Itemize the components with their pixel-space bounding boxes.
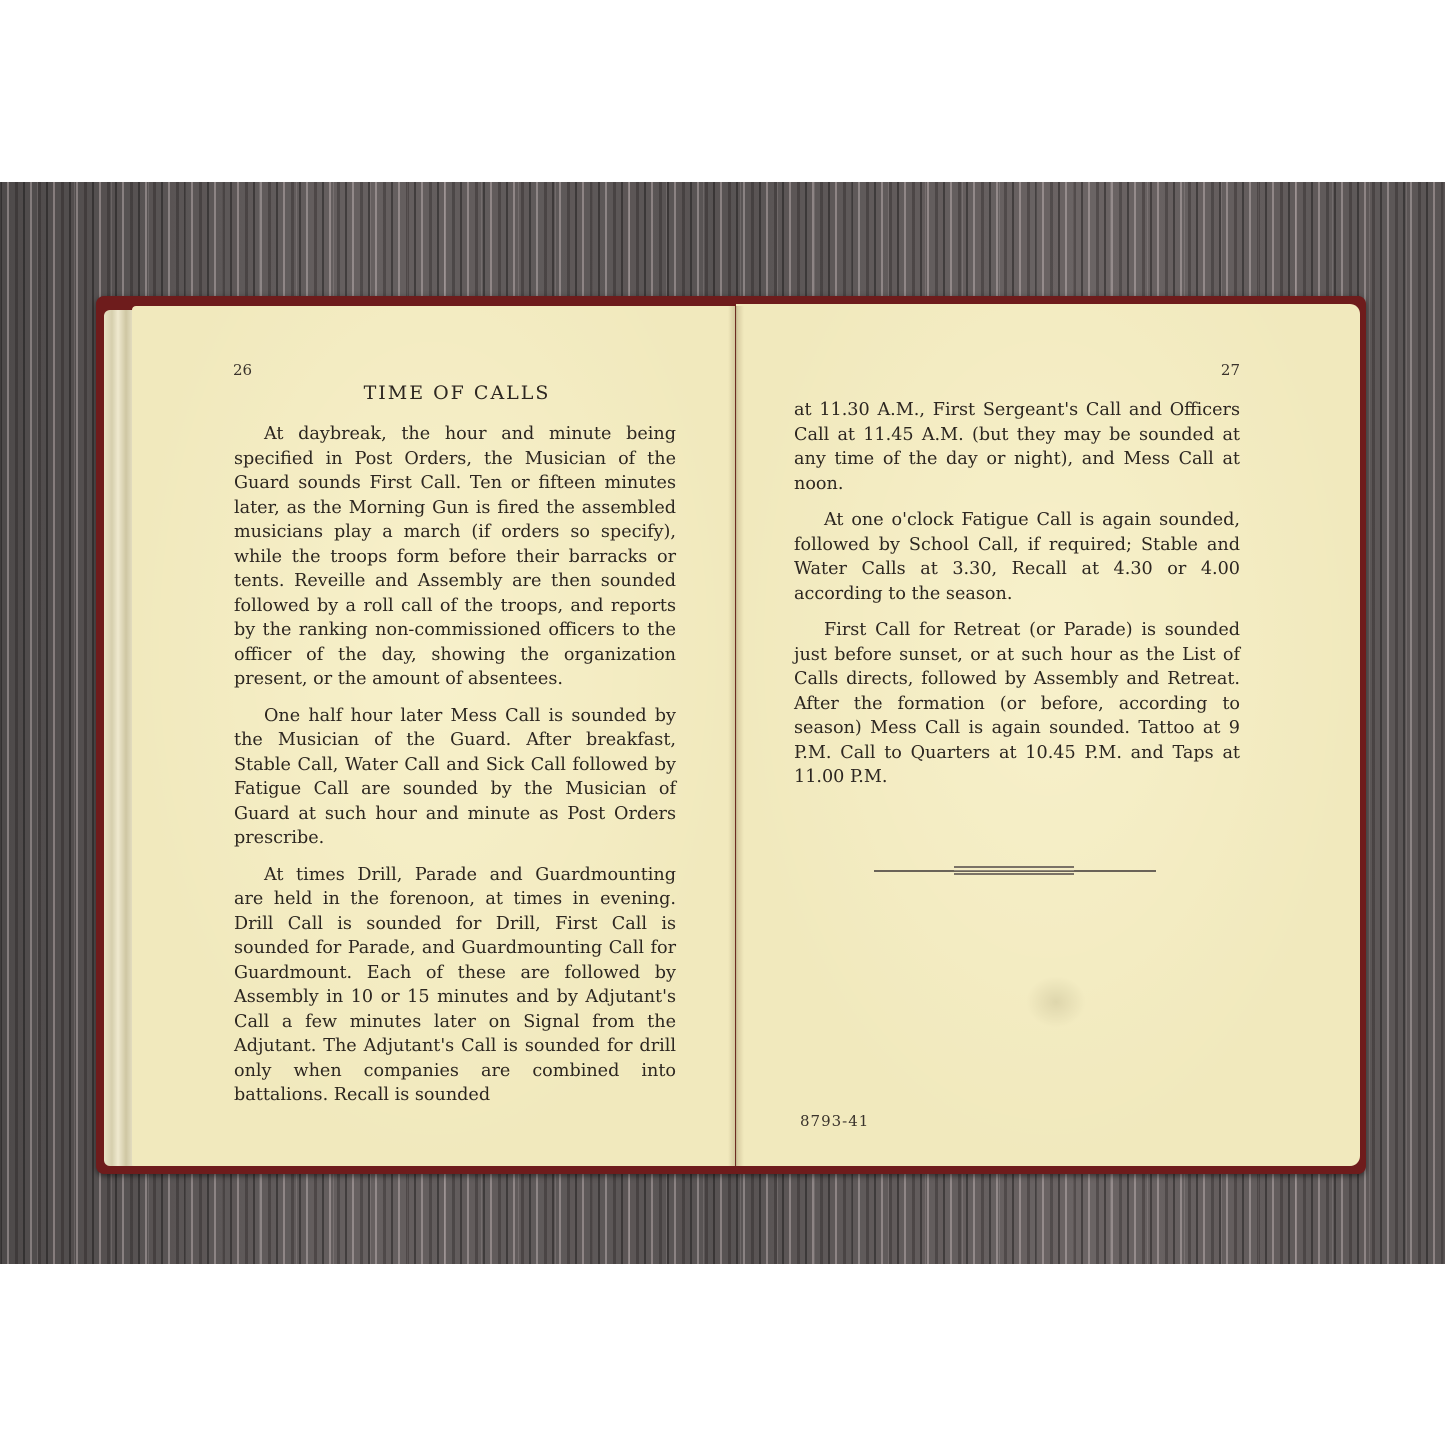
paragraph: At one o'clock Fatigue Call is again sou… [794,508,1240,606]
divider-ornament [874,866,1156,876]
paragraph: at 11.30 A.M., First Sergeant's Call and… [794,398,1240,496]
paragraph: First Call for Retreat (or Parade) is so… [794,618,1240,790]
paragraph: One half hour later Mess Call is sounded… [234,704,676,851]
page-number-right: 27 [1221,361,1240,379]
page-number-left: 26 [233,361,252,379]
paragraph: At times Drill, Parade and Guardmounting… [234,863,676,1108]
book-gutter [728,306,744,1166]
right-page: 27 at 11.30 A.M., First Sergeant's Call … [736,304,1360,1166]
paragraph: At daybreak, the hour and minute being s… [234,422,676,692]
left-page: 26 TIME OF CALLS At daybreak, the hour a… [132,306,735,1166]
printer-signature: 8793-41 [800,1112,869,1130]
page-stain [1026,976,1086,1028]
left-page-text: At daybreak, the hour and minute being s… [234,422,676,1120]
right-page-text: at 11.30 A.M., First Sergeant's Call and… [794,398,1240,802]
page-title: TIME OF CALLS [232,382,682,404]
divider-mid-line [954,870,1074,871]
